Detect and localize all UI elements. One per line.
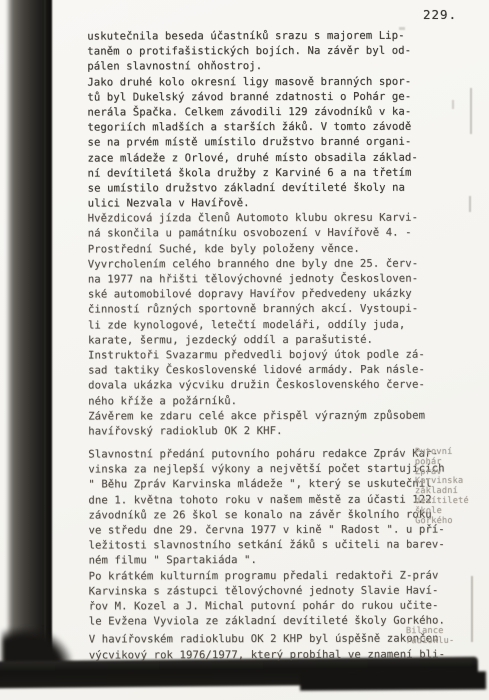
text-line: taněm o protifašistických bojích. Na záv… bbox=[87, 44, 439, 60]
text-line: ulici Nezvala v Havířově. bbox=[88, 196, 440, 212]
text-line: na 1977 na hřišti tělovýchovné jednoty Č… bbox=[88, 272, 440, 288]
scan-artifact bbox=[470, 88, 472, 134]
text-line: Hvězdicová jízda členů Automoto klubu ok… bbox=[88, 211, 440, 227]
text-line: tegoriích mladších a starších žáků. V to… bbox=[87, 120, 439, 136]
text-line: havířovský radioklub OK 2 KHF. bbox=[88, 423, 440, 439]
margin-note-line: Gorkého bbox=[415, 516, 469, 526]
text-line: ní devítiletá škola družby z Karviné 6 a… bbox=[88, 165, 440, 181]
page-edge-shadow-tail bbox=[300, 671, 486, 690]
text-line: závodníků ze 26 škol se konalo na závěr … bbox=[88, 507, 440, 523]
text-line: výcvikový rok 1976/1977, který probíhal … bbox=[89, 647, 441, 663]
book-binding-shadow bbox=[7, 0, 47, 668]
text-line: tů byl Dukelský závod branné zdatnosti o… bbox=[87, 89, 439, 105]
text-line: Závěrem ke zdaru celé akce přispěl výraz… bbox=[88, 408, 440, 424]
margin-note-bilance: Bilanceradioklu- bbox=[406, 627, 454, 647]
text-line: Karvinska s zástupci tělovýchovné jednot… bbox=[89, 583, 441, 599]
paragraph: Slavnostní předání putovního poháru reda… bbox=[88, 447, 440, 569]
text-line: se na prvém místě umístilo družstvo bran… bbox=[87, 135, 439, 151]
scanned-page: 229. uskutečnila beseda účastníků srazu … bbox=[0, 0, 489, 700]
text-line: ném filmu " Spartakiáda ". bbox=[89, 553, 441, 569]
text-line: Instruktoři Svazarmu předvedli bojový út… bbox=[88, 347, 440, 363]
margin-note-line: radioklu- bbox=[406, 637, 454, 647]
paragraph: Hvězdicová jízda členů Automoto klubu ok… bbox=[88, 211, 440, 257]
text-line: ské automobilové dopravy Havířov předved… bbox=[88, 287, 440, 303]
text-line: dne 1. května tohoto roku v našem městě … bbox=[88, 492, 440, 508]
text-line: le Evžena Vyviola ze základní devítileté… bbox=[89, 614, 441, 630]
text-line: Prostřední Suché, kde byly položeny věnc… bbox=[88, 241, 440, 257]
paragraph: Závěrem ke zdaru celé akce přispěl výraz… bbox=[88, 408, 440, 439]
text-line: karate, šermu, jezdecký oddíl a parašuti… bbox=[88, 332, 440, 348]
text-line: V havířovském radioklubu OK 2 KHP byl ús… bbox=[89, 632, 441, 648]
scan-artifact bbox=[469, 196, 471, 212]
typewritten-text-block: uskutečnila beseda účastníků srazu s maj… bbox=[87, 29, 441, 664]
text-line: ného kříže a požárníků. bbox=[88, 393, 440, 409]
text-line: pálen slavnostní ohňostroj. bbox=[87, 59, 439, 75]
text-line: ve středu dne 29. června 1977 v kině " R… bbox=[88, 523, 440, 539]
page-number: 229. bbox=[423, 7, 457, 22]
text-line: Jako druhé kolo okresní ligy masově bran… bbox=[87, 74, 439, 90]
paragraph: Instruktoři Svazarmu předvedli bojový út… bbox=[88, 347, 440, 409]
scan-artifact bbox=[399, 27, 405, 30]
text-line: uskutečnila beseda účastníků srazu s maj… bbox=[87, 29, 439, 45]
scan-artifact bbox=[452, 100, 454, 109]
paragraph: V havířovském radioklubu OK 2 KHP byl ús… bbox=[89, 632, 441, 663]
text-line: nerála Špačka. Celkem závodili 129 závod… bbox=[87, 104, 439, 120]
text-line: se umístilo družstvo základní devítileté… bbox=[88, 180, 440, 196]
text-line: dovala ukázka výcviku družin Českosloven… bbox=[88, 378, 440, 394]
text-line: ležitosti slavnostního setkání žáků s uč… bbox=[89, 538, 441, 554]
margin-note-putovni-pohar: PutovnípohárZprávKarvinskazákladnídevíti… bbox=[415, 448, 469, 527]
text-line: vinska za nejlepší výkony a největší poč… bbox=[88, 462, 440, 478]
text-line: řov M. Kozel a J. Michal putovní pohár d… bbox=[89, 598, 441, 614]
text-line: Slavnostní předání putovního poháru reda… bbox=[88, 447, 440, 463]
text-line: ná skončila u památníku osvobození v Hav… bbox=[88, 226, 440, 242]
paragraph: uskutečnila beseda účastníků srazu s maj… bbox=[87, 29, 439, 75]
paragraph: Jako druhé kolo okresní ligy masově bran… bbox=[87, 74, 439, 212]
text-line: zace mládeže z Orlové, druhé místo obsad… bbox=[87, 150, 439, 166]
text-line: Vyvrcholením celého branného dne byly dn… bbox=[88, 256, 440, 272]
text-line: činností různých sportovně branných akcí… bbox=[88, 302, 440, 318]
text-line: Po krátkém kulturním programu předali re… bbox=[89, 568, 441, 584]
text-line: sad taktiky Československé lidové armády… bbox=[88, 363, 440, 379]
paragraph: Vyvrcholením celého branného dne byly dn… bbox=[88, 256, 440, 348]
text-line: " Běhu Zpráv Karvinska mládeže ", který … bbox=[88, 477, 440, 493]
book-binding-edge bbox=[45, 0, 52, 664]
scan-artifact bbox=[471, 576, 473, 642]
text-line: li zde kynologové, letečtí modeláři, odd… bbox=[88, 317, 440, 333]
paragraph: Po krátkém kulturním programu předali re… bbox=[89, 568, 441, 630]
